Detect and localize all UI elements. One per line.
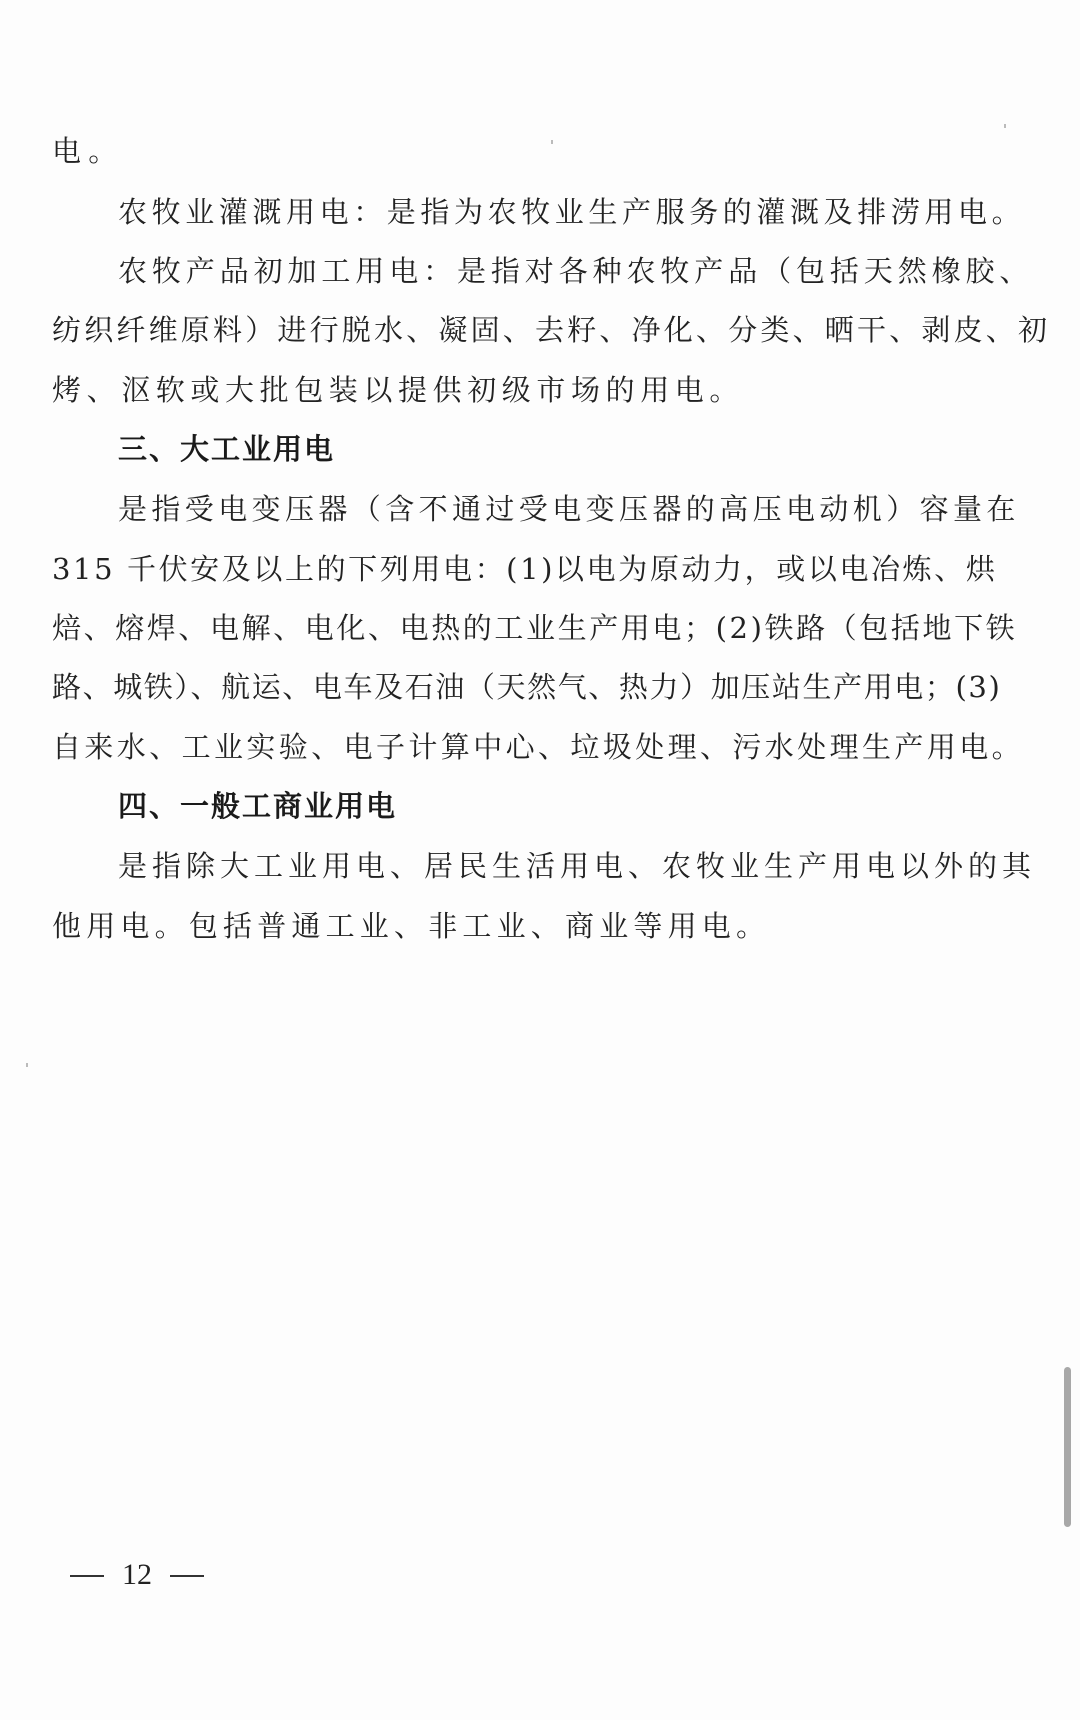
- section-heading-general-commercial: 四、一般工商业用电: [118, 786, 397, 826]
- paragraph-large-industry-line-4: 路、城铁）、航运、电车及石油（天然气、热力）加压站生产用电；(3): [52, 667, 1001, 707]
- paragraph-processing-electricity-line-2: 纺织纤维原料）进行脱水、凝固、去籽、净化、分类、晒干、剥皮、初: [52, 310, 1050, 350]
- paragraph-large-industry-line-5: 自来水、工业实验、电子计算中心、垃圾处理、污水处理生产用电。: [52, 727, 1024, 767]
- scan-speck: [551, 140, 553, 144]
- paragraph-general-commercial-line-2: 他用电。包括普通工业、非工业、商业等用电。: [52, 906, 770, 946]
- scan-speck: [26, 1063, 28, 1067]
- document-page: 电。 农牧业灌溉用电：是指为农牧业生产服务的灌溉及排涝用电。 农牧产品初加工用电…: [0, 0, 1080, 1720]
- vertical-scrollbar-thumb[interactable]: [1064, 1367, 1071, 1527]
- page-number-value: 12: [122, 1555, 152, 1595]
- paragraph-processing-electricity-line-3: 烤、沤软或大批包装以提供初级市场的用电。: [52, 370, 744, 410]
- scan-speck: [1004, 124, 1006, 128]
- paragraph-large-industry-line-1: 是指受电变压器（含不通过受电变压器的高压电动机）容量在: [118, 489, 1020, 529]
- page-number-dash-left: [70, 1575, 104, 1577]
- paragraph-processing-electricity-line-1: 农牧产品初加工用电：是指对各种农牧产品（包括天然橡胶、: [118, 251, 1033, 291]
- paragraph-large-industry-line-3: 焙、熔焊、电解、电化、电热的工业生产用电；(2)铁路（包括地下铁: [52, 608, 1017, 648]
- paragraph-large-industry-line-2: 315 千伏安及以上的下列用电：(1)以电为原动力，或以电冶炼、烘: [52, 549, 997, 589]
- page-number: 12: [70, 1555, 204, 1595]
- paragraph-irrigation-electricity: 农牧业灌溉用电：是指为农牧业生产服务的灌溉及排涝用电。: [118, 192, 1025, 232]
- paragraph-line-continuation: 电。: [52, 131, 124, 171]
- paragraph-general-commercial-line-1: 是指除大工业用电、居民生活用电、农牧业生产用电以外的其: [118, 846, 1036, 886]
- page-number-dash-right: [170, 1575, 204, 1577]
- section-heading-large-industry: 三、大工业用电: [118, 429, 335, 469]
